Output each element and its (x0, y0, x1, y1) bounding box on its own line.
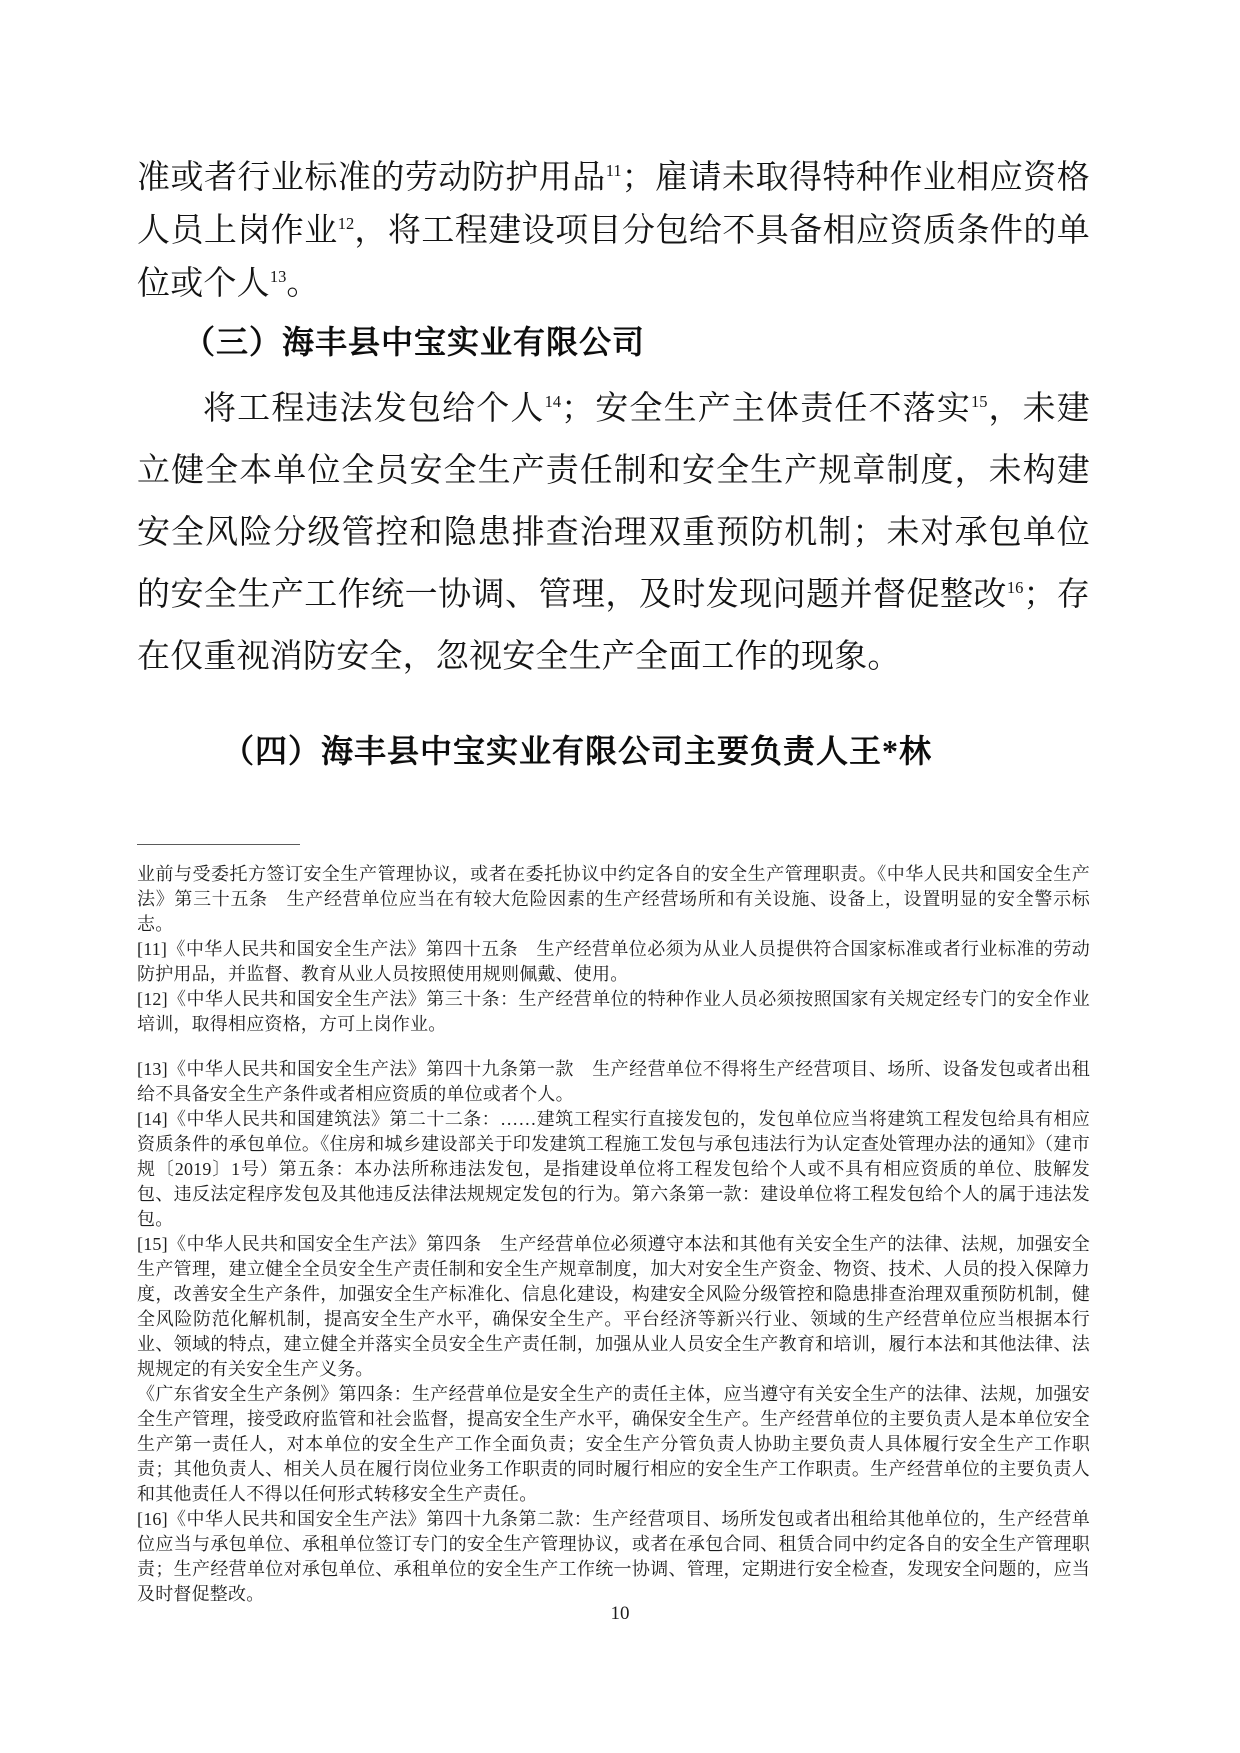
footnote-15: [15]《中华人民共和国安全生产法》第四条 生产经营单位必须遵守本法和其他有关安… (137, 1232, 1090, 1382)
footnote-14: [14]《中华人民共和国建筑法》第二十二条：……建筑工程实行直接发包的，发包单位… (137, 1107, 1090, 1232)
document-content: 准或者行业标准的劳动防护用品11；雇请未取得特种作业相应资格人员上岗作业12，将… (137, 0, 1090, 1607)
page-number: 10 (0, 1603, 1240, 1625)
footnote-reference: 16 (1007, 578, 1024, 597)
footnote-reference: 13 (270, 267, 287, 286)
footnote-16: [16]《中华人民共和国安全生产法》第四十九条第二款：生产经营项目、场所发包或者… (137, 1507, 1090, 1607)
footnote-reference: 12 (338, 214, 355, 233)
footnote-separator (137, 844, 300, 845)
section-heading-3: （三）海丰县中宝实业有限公司 (137, 317, 1090, 367)
body-paragraph-continuation: 准或者行业标准的劳动防护用品11；雇请未取得特种作业相应资格人员上岗作业12，将… (137, 152, 1090, 311)
footnote-15-continued: 《广东省安全生产条例》第四条：生产经营单位是安全生产的责任主体，应当遵守有关安全… (137, 1382, 1090, 1507)
footnote-reference: 11 (606, 161, 622, 180)
footnote-reference: 15 (971, 392, 988, 411)
footnotes-block: 业前与受委托方签订安全生产管理协议，或者在委托协议中约定各自的安全生产管理职责。… (137, 862, 1090, 1607)
footnote-continuation: 业前与受委托方签订安全生产管理协议，或者在委托协议中约定各自的安全生产管理职责。… (137, 862, 1090, 937)
section-heading-4: （四）海丰县中宝实业有限公司主要负责人王*林 (137, 726, 1090, 776)
body-paragraph-section-3: 将工程违法发包给个人14；安全生产主体责任不落实15，未建立健全本单位全员安全生… (137, 378, 1090, 688)
document-page: 准或者行业标准的劳动防护用品11；雇请未取得特种作业相应资格人员上岗作业12，将… (0, 0, 1240, 1753)
footnote-12: [12]《中华人民共和国安全生产法》第三十条：生产经营单位的特种作业人员必须按照… (137, 987, 1090, 1037)
footnote-13: [13]《中华人民共和国安全生产法》第四十九条第一款 生产经营单位不得将生产经营… (137, 1057, 1090, 1107)
footnote-reference: 14 (545, 392, 562, 411)
footnote-11: [11]《中华人民共和国安全生产法》第四十五条 生产经营单位必须为从业人员提供符… (137, 937, 1090, 987)
